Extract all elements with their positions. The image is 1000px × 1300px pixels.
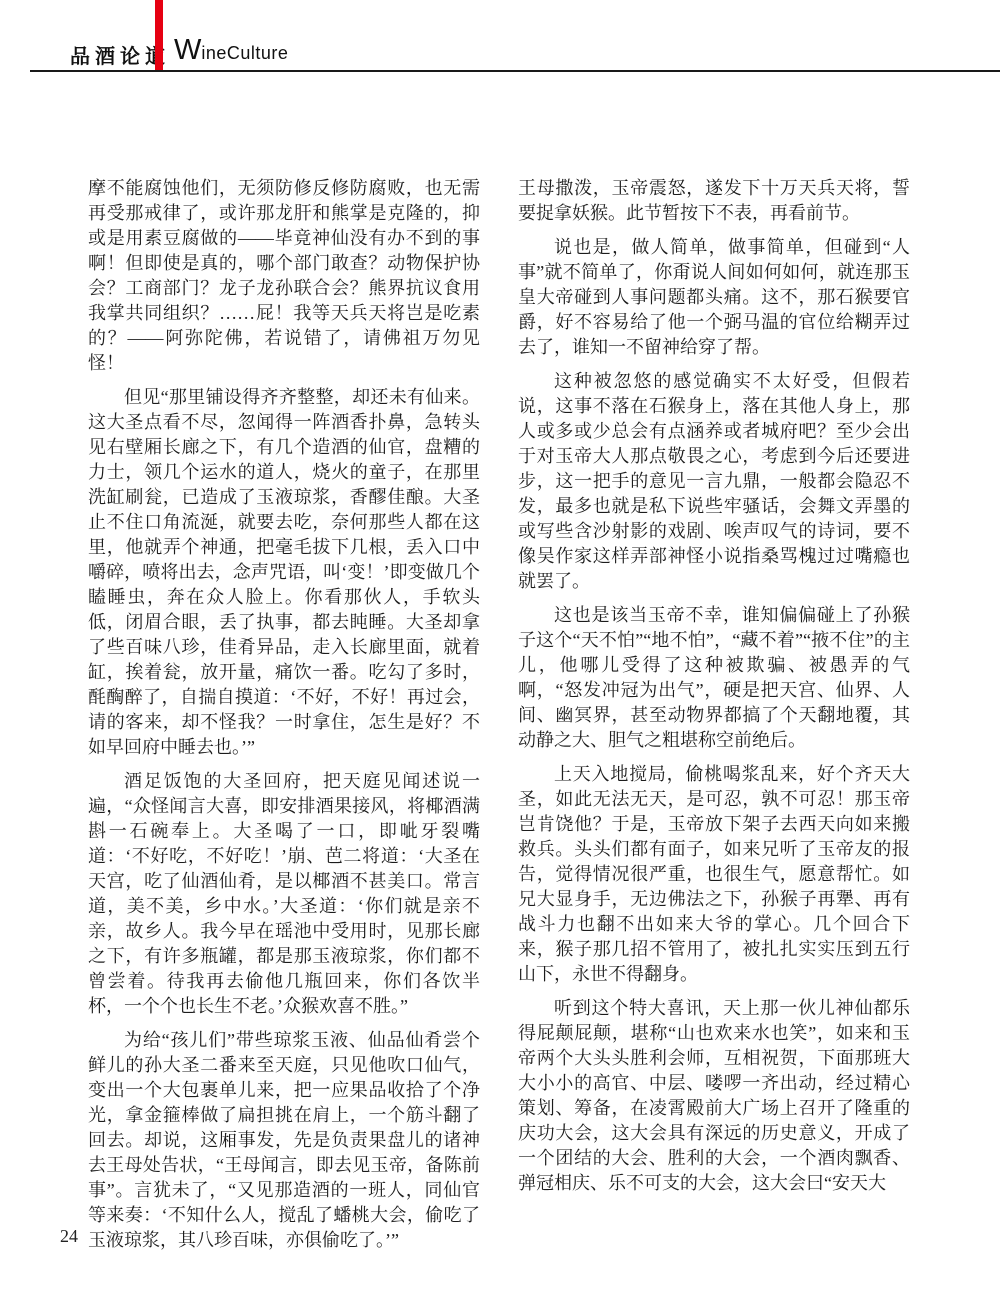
magazine-title: WineCulture bbox=[174, 34, 288, 66]
paragraph: 酒足饭饱的大圣回府，把天庭见闻述说一遍，“众怪闻言大喜，即安排酒果接风，将椰酒满… bbox=[88, 769, 480, 1019]
right-column: 王母撒泼，玉帝震怒，遂发下十万天兵天将，誓要捉拿妖猴。此节暂按下不表，再看前节。… bbox=[518, 176, 910, 1205]
paragraph: 这也是该当玉帝不幸，谁知偏偏碰上了孙猴子这个“天不怕”“地不怕”，“藏不着”“掖… bbox=[518, 603, 910, 753]
left-column: 摩不能腐蚀他们，无须防修反修防腐败，也无需再受那戒律了，或许那龙肝和熊掌是克隆的… bbox=[88, 176, 480, 1262]
header-accent-bar bbox=[155, 0, 163, 71]
paragraph: 王母撒泼，玉帝震怒，遂发下十万天兵天将，誓要捉拿妖猴。此节暂按下不表，再看前节。 bbox=[518, 176, 910, 226]
magazine-title-initial: W bbox=[174, 34, 201, 66]
paragraph: 但见“那里铺设得齐齐整整，却还未有仙来。这大圣点看不尽，忽闻得一阵酒香扑鼻，急转… bbox=[88, 385, 480, 760]
paragraph: 说也是，做人简单，做事简单，但碰到“人事”就不简单了，你甭说人间如何如何，就连那… bbox=[518, 235, 910, 360]
paragraph: 上天入地搅局，偷桃喝浆乱来，好个齐天大圣，如此无法无天，是可忍，孰不可忍！那玉帝… bbox=[518, 762, 910, 987]
page-number: 24 bbox=[60, 1226, 78, 1247]
magazine-page: 品酒论道 WineCulture 摩不能腐蚀他们，无须防修反修防腐败，也无需再受… bbox=[0, 0, 1000, 1300]
paragraph: 听到这个特大喜讯，天上那一伙儿神仙都乐得屁颠屁颠，堪称“山也欢来水也笑”，如来和… bbox=[518, 996, 910, 1196]
paragraph: 为给“孩儿们”带些琼浆玉液、仙品仙肴尝个鲜儿的孙大圣二番来至天庭，只见他吹口仙气… bbox=[88, 1028, 480, 1253]
paragraph: 这种被忽悠的感觉确实不太好受，但假若说，这事不落在石猴身上，落在其他人身上，那人… bbox=[518, 369, 910, 594]
paragraph: 摩不能腐蚀他们，无须防修反修防腐败，也无需再受那戒律了，或许那龙肝和熊掌是克隆的… bbox=[88, 176, 480, 376]
header-rule bbox=[30, 70, 1000, 72]
magazine-title-rest: ineCulture bbox=[201, 43, 288, 63]
